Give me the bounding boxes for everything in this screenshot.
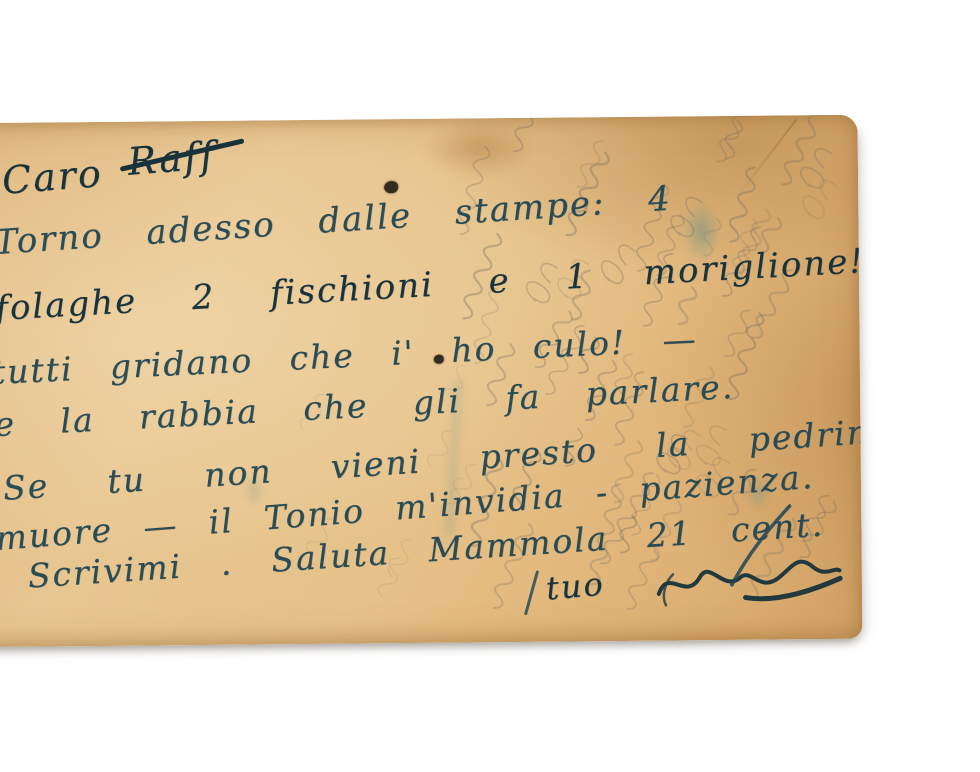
photo-background: CaroRaff Torno adesso dalle stampe: 4 fo… (0, 0, 980, 772)
postcard: CaroRaff Torno adesso dalle stampe: 4 fo… (0, 115, 862, 648)
salutation-word: Caro (0, 151, 104, 203)
paper-speck (384, 181, 398, 193)
struck-name: Raff (126, 133, 217, 184)
pen-paraph-stroke (723, 499, 801, 595)
